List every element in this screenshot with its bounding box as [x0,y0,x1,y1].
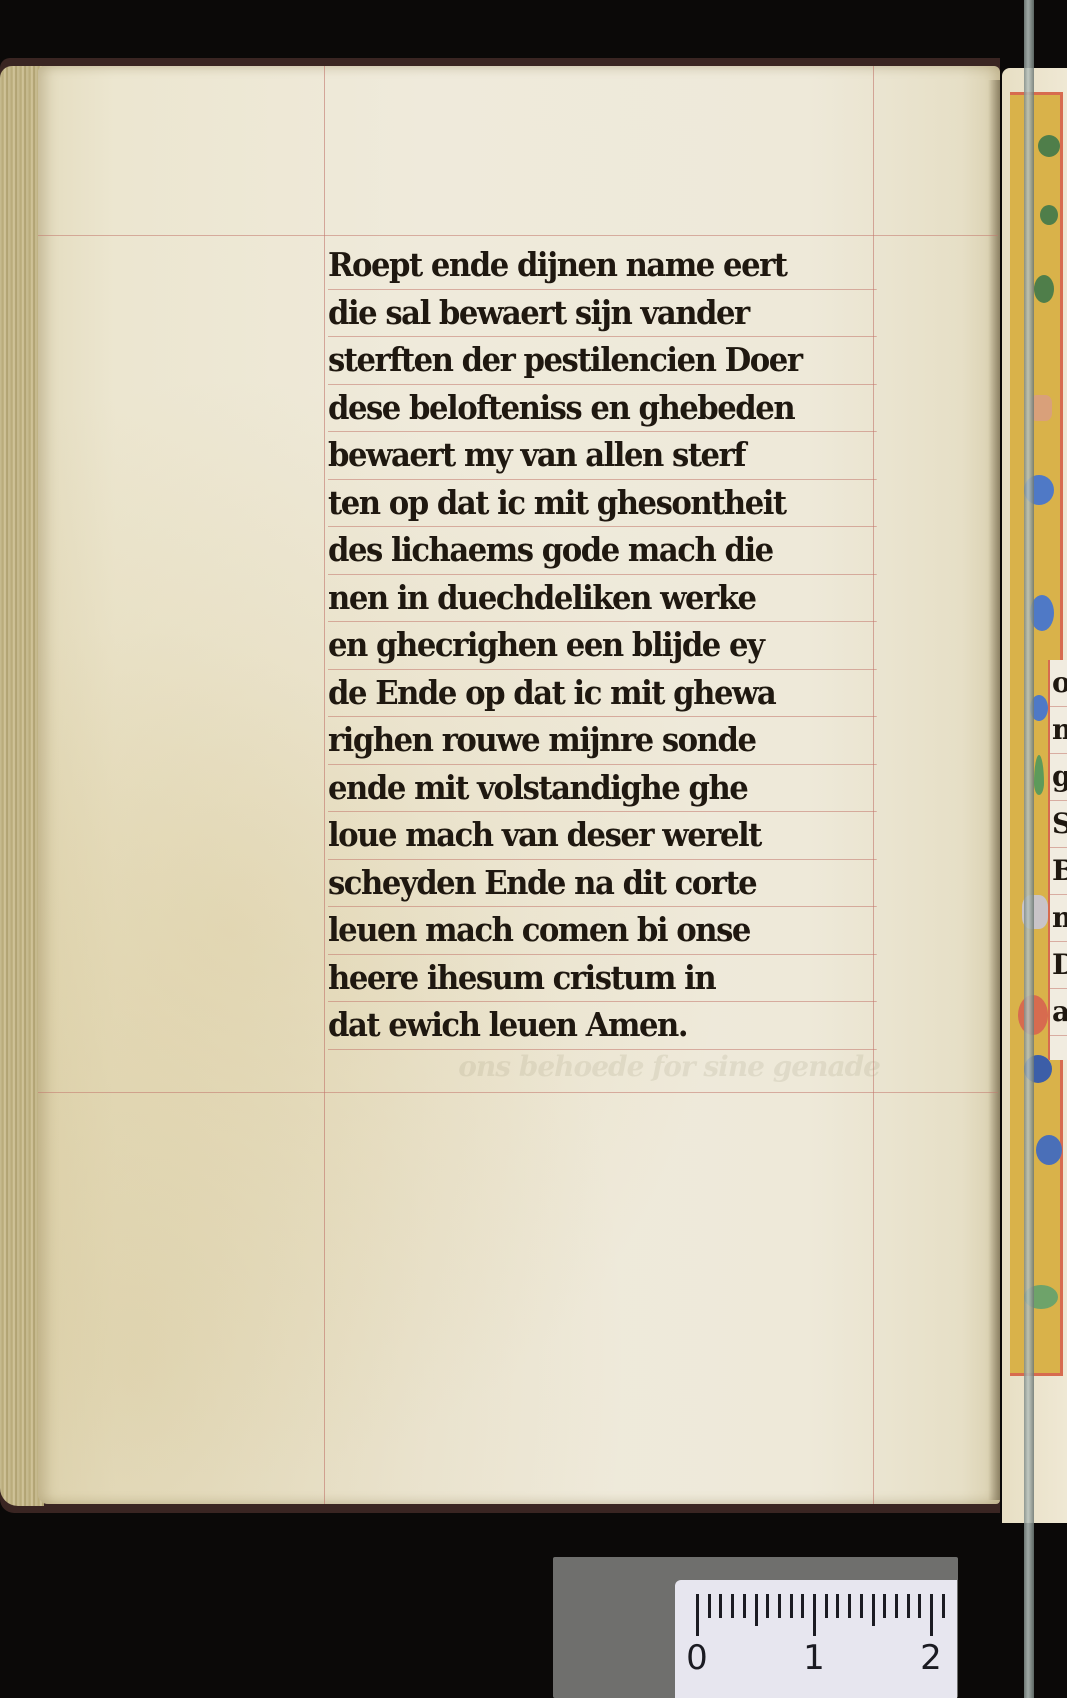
scale-label-0: 0 [686,1638,708,1678]
glass-page-holder [1024,0,1034,1698]
ruling-left-vertical [324,66,325,1504]
thistle-icon [1034,275,1054,303]
scale-tick [708,1594,711,1618]
scale-tick [743,1594,746,1618]
recto-letter: o [1050,660,1067,707]
text-line: Roept ende dijnen name eert [328,242,877,290]
ruling-bottom-horizontal [38,1092,998,1093]
scale-tick [825,1594,828,1618]
scale-tick [907,1594,910,1618]
recto-letter: m [1050,707,1067,754]
thistle-icon [1038,135,1060,157]
scale-tick [719,1594,722,1618]
scale-tick [942,1594,945,1618]
recto-text-column: o m g S B m D a [1048,660,1067,1060]
recto-letter: g [1050,754,1067,801]
text-line: sterften der pestilencien Doer [328,337,877,385]
ruling-top-horizontal [38,235,998,236]
recto-letter: B [1050,848,1067,895]
text-line: ende mit volstandighe ghe [328,765,877,813]
scale-tick [918,1594,921,1618]
scale-tick [766,1594,769,1618]
text-line: righen rouwe mijnre sonde [328,717,877,765]
scale-tick [731,1594,734,1618]
text-line: ten op dat ic mit ghesontheit [328,480,877,528]
text-line: dat ewich leuen Amen. [328,1002,877,1050]
scale-label-2: 2 [920,1638,942,1678]
gutter-shadow [988,80,1000,1500]
recto-letter: D [1050,942,1067,989]
text-line: scheyden Ende na dit corte [328,860,877,908]
text-line: en ghecrighen een blijde ey [328,622,877,670]
text-line: des lichaems gode mach die [328,527,877,575]
scale-tick [696,1594,699,1636]
manuscript-text-block: Roept ende dijnen name eert die sal bewa… [328,242,918,1050]
cm-scale: 0 1 2 [675,1580,957,1698]
scale-tick [860,1594,863,1618]
thistle-icon [1040,205,1058,225]
text-line: de Ende op dat ic mit ghewa [328,670,877,718]
recto-letter: S [1050,801,1067,848]
scale-tick [883,1594,886,1618]
scale-tick [778,1594,781,1618]
scale-tick [801,1594,804,1618]
recto-letter: m [1050,895,1067,942]
scale-label-1: 1 [803,1638,825,1678]
text-line: die sal bewaert sijn vander [328,290,877,338]
scale-tick [895,1594,898,1618]
scale-tick [790,1594,793,1618]
show-through-text: ons behoede for sine genade [340,1050,880,1083]
text-line: nen in duechdeliken werke [328,575,877,623]
scale-tick [813,1594,816,1636]
scale-tick [848,1594,851,1618]
scale-tick [836,1594,839,1618]
leaf-icon [1034,755,1044,795]
recto-letter: a [1050,989,1067,1036]
scale-tick [755,1594,758,1626]
blue-flower-icon [1036,1135,1062,1165]
scale-tick [872,1594,875,1626]
text-line: dese belofteniss en ghebeden [328,385,877,433]
text-line: heere ihesum cristum in [328,955,877,1003]
text-line: leuen mach comen bi onse [328,907,877,955]
text-line: bewaert my van allen sterf [328,432,877,480]
scale-tick [930,1594,933,1636]
text-line: loue mach van deser werelt [328,812,877,860]
